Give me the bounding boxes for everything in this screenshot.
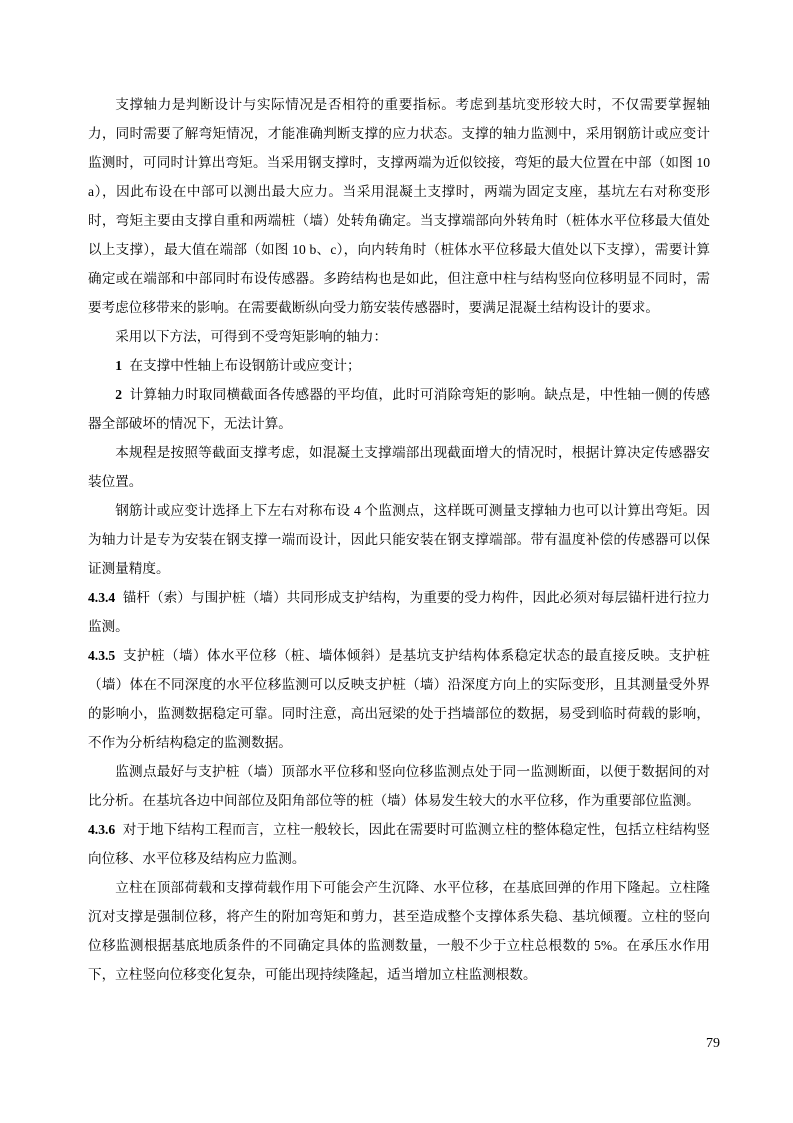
paragraph-text: 对于地下结构工程而言，立柱一般较长，因此在需要时可监测立柱的整体稳定性，包括立柱… [88,822,710,866]
body-paragraph: 立柱在顶部荷载和支撑荷载作用下可能会产生沉降、水平位移，在基底回弹的作用下隆起。… [88,873,710,989]
paragraph-text: 支撑轴力是判断设计与实际情况是否相符的重要指标。考虑到基坑变形较大时，不仅需要掌… [88,97,710,315]
paragraph-number-label: 1 [115,358,122,373]
body-paragraph: 支撑轴力是判断设计与实际情况是否相符的重要指标。考虑到基坑变形较大时，不仅需要掌… [88,90,710,322]
paragraph-text: 监测点最好与支护桩（墙）顶部水平位移和竖向位移监测点处于同一监测断面，以便于数据… [88,764,710,808]
paragraph-number-label: 2 [115,387,122,402]
body-paragraph: 本规程是按照等截面支撑考虑，如混凝土支撑端部出现截面增大的情况时，根据计算决定传… [88,438,710,496]
paragraph-text: 锚杆（索）与围护桩（墙）共同形成支护结构，为重要的受力构件，因此必须对每层锚杆进… [88,590,710,634]
paragraph-number-label: 4.3.6 [88,822,115,837]
paragraph-text: 计算轴力时取同横截面各传感器的平均值，此时可消除弯矩的影响。缺点是，中性轴一侧的… [88,387,710,431]
document-page: 支撑轴力是判断设计与实际情况是否相符的重要指标。考虑到基坑变形较大时，不仅需要掌… [0,0,793,1123]
body-paragraph: 监测点最好与支护桩（墙）顶部水平位移和竖向位移监测点处于同一监测断面，以便于数据… [88,757,710,815]
paragraph-text: 钢筋计或应变计选择上下左右对称布设 4 个监测点，这样既可测量支撑轴力也可以计算… [88,503,710,576]
body-paragraph: 采用以下方法，可得到不受弯矩影响的轴力： [88,322,710,351]
paragraph-number-label: 4.3.4 [88,590,115,605]
section-paragraph: 4.3.6对于地下结构工程而言，立柱一般较长，因此在需要时可监测立柱的整体稳定性… [88,815,710,873]
section-paragraph: 4.3.5支护桩（墙）体水平位移（桩、墙体倾斜）是基坑支护结构体系稳定状态的最直… [88,641,710,757]
document-body: 支撑轴力是判断设计与实际情况是否相符的重要指标。考虑到基坑变形较大时，不仅需要掌… [88,90,710,989]
paragraph-text: 采用以下方法，可得到不受弯矩影响的轴力： [115,329,387,344]
list-item-paragraph: 1在支撑中性轴上布设钢筋计或应变计； [88,351,710,380]
paragraph-text: 立柱在顶部荷载和支撑荷载作用下可能会产生沉降、水平位移，在基底回弹的作用下隆起。… [88,880,710,982]
section-paragraph: 4.3.4锚杆（索）与围护桩（墙）共同形成支护结构，为重要的受力构件，因此必须对… [88,583,710,641]
paragraph-text: 本规程是按照等截面支撑考虑，如混凝土支撑端部出现截面增大的情况时，根据计算决定传… [88,445,710,489]
paragraph-text: 在支撑中性轴上布设钢筋计或应变计； [129,358,360,373]
body-paragraph: 钢筋计或应变计选择上下左右对称布设 4 个监测点，这样既可测量支撑轴力也可以计算… [88,496,710,583]
paragraph-text: 支护桩（墙）体水平位移（桩、墙体倾斜）是基坑支护结构体系稳定状态的最直接反映。支… [88,648,710,750]
list-item-paragraph: 2计算轴力时取同横截面各传感器的平均值，此时可消除弯矩的影响。缺点是，中性轴一侧… [88,380,710,438]
page-number: 79 [698,1034,728,1054]
paragraph-number-label: 4.3.5 [88,648,115,663]
